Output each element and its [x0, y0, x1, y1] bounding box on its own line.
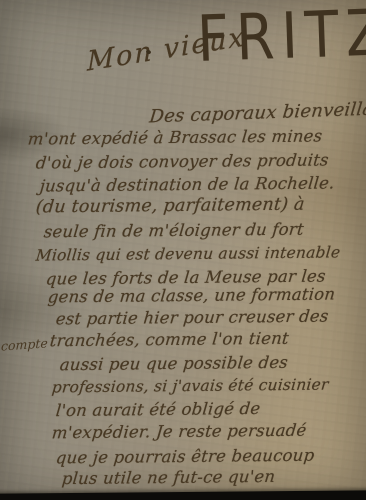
- letter-body: Des caporaux bienveillants m'ont expédié…: [0, 0, 366, 500]
- letter-line: Des caporaux bienveillants: [148, 98, 366, 128]
- letter-photo: Mon vieux FRITZ Des caporaux bienveillan…: [0, 0, 366, 500]
- letter-line: plus utile ne fut-ce qu'en: [61, 467, 276, 488]
- letter-line: tranchées, comme l'on tient: [49, 329, 290, 350]
- letter-line: (du tourisme, parfaitement) à: [35, 195, 306, 218]
- letter-line: gens de ma classe, une formation: [47, 284, 336, 306]
- letter-line: d'où je dois convoyer des produits: [35, 150, 330, 172]
- letter-line: aussi peu que possible des: [59, 353, 289, 374]
- letter-line: professions, si j'avais été cuisinier: [51, 376, 330, 397]
- letter-line: m'expédier. Je reste persuadé: [51, 421, 307, 443]
- letter-line: seule fin de m'éloigner du fort: [43, 220, 305, 242]
- letter-line: m'ont expédié à Brassac les mines: [27, 126, 323, 148]
- letter-line: que je pourrais être beaucoup: [55, 446, 315, 468]
- letter-line: l'on aurait été obligé de: [55, 399, 261, 420]
- letter-line: jusqu'à destination de la Rochelle.: [39, 173, 335, 195]
- letter-line: est partie hier pour creuser des: [55, 307, 330, 329]
- letter-line: Miollis qui est devenu aussi intenable: [35, 243, 341, 264]
